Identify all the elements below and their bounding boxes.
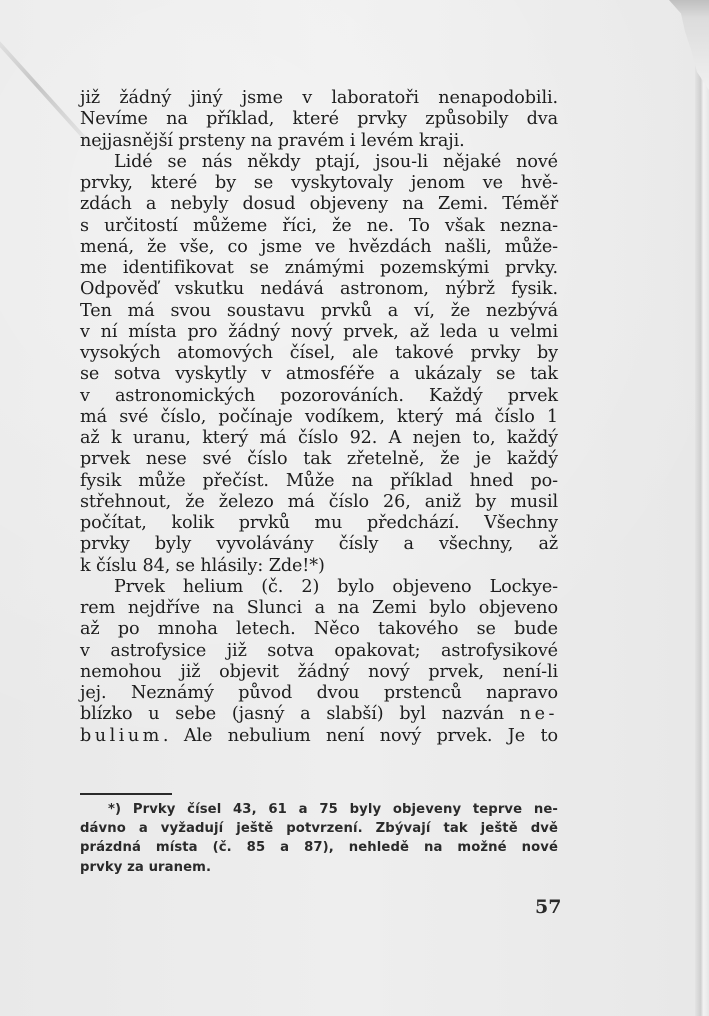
text-line: v astronomických pozorováních. Každý prv… bbox=[80, 386, 558, 407]
page-number: 57 bbox=[535, 896, 561, 918]
footnote-line: prázdná místa (č. 85 a 87), nehledě na m… bbox=[80, 838, 558, 857]
spaced-emphasis: ne- bbox=[520, 704, 558, 724]
text-line: me identifikovat se známými pozemskými p… bbox=[80, 258, 558, 279]
footnote: *) Prvky čísel 43, 61 a 75 byly objeveny… bbox=[80, 800, 558, 877]
text-line: Ten má svou soustavu prvků a ví, že nezb… bbox=[80, 301, 558, 322]
body-text: již žádný jiný jsme v laboratoři nenapod… bbox=[80, 88, 558, 747]
footnote-line: prvky za uranem. bbox=[80, 858, 558, 877]
text-line: mená, že vše, co jsme ve hvězdách našli,… bbox=[80, 237, 558, 258]
text-line: Nevíme na příklad, které prvky způsobily… bbox=[80, 109, 558, 130]
text-line: jej. Neznámý původ dvou prstenců napravo bbox=[80, 683, 558, 704]
text-fragment: blízko u sebe (jasný a slabší) byl nazvá… bbox=[80, 704, 520, 724]
footnote-separator bbox=[80, 793, 172, 795]
text-line: zdách a nebyly dosud objeveny na Zemi. T… bbox=[80, 194, 558, 215]
text-line: rem nejdříve na Slunci a na Zemi bylo ob… bbox=[80, 598, 558, 619]
text-line: prvek nese své číslo tak zřetelně, že je… bbox=[80, 449, 558, 470]
paragraph-start-line: Prvek helium (č. 2) bylo objeveno Lockye… bbox=[80, 577, 558, 598]
text-line: má své číslo, počínaje vodíkem, který má… bbox=[80, 407, 558, 428]
text-line: v ní místa pro žádný nový prvek, až leda… bbox=[80, 322, 558, 343]
text-line: s určitostí můžeme říci, že ne. To však … bbox=[80, 216, 558, 237]
text-line: k číslu 84, se hlásily: Zde!*) bbox=[80, 556, 558, 577]
text-line: nejjasnější prsteny na pravém i levém kr… bbox=[80, 131, 558, 152]
text-line: blízko u sebe (jasný a slabší) byl nazvá… bbox=[80, 704, 558, 725]
text-line: v astrofysice již sotva opakovat; astrof… bbox=[80, 641, 558, 662]
text-line: fysik může přečíst. Může na příklad hned… bbox=[80, 471, 558, 492]
text-line: až k uranu, který má číslo 92. A nejen t… bbox=[80, 428, 558, 449]
text-line: střehnout, že železo má číslo 26, aniž b… bbox=[80, 492, 558, 513]
paragraph-start-line: Lidé se nás někdy ptají, jsou-li nějaké … bbox=[80, 152, 558, 173]
text-line: nemohou již objevit žádný nový prvek, ne… bbox=[80, 662, 558, 683]
text-line: počítat, kolik prvků mu předchází. Všech… bbox=[80, 513, 558, 534]
text-line: prvky, které by se vyskytovaly jenom ve … bbox=[80, 173, 558, 194]
page-edge bbox=[695, 0, 709, 1016]
text-line: již žádný jiný jsme v laboratoři nenapod… bbox=[80, 88, 558, 109]
spaced-emphasis: bulium bbox=[80, 726, 163, 746]
text-line: se sotva vyskytly v atmosféře a ukázaly … bbox=[80, 364, 558, 385]
text-line: bulium. Ale nebulium není nový prvek. Je… bbox=[80, 726, 558, 747]
text-fragment: . Ale nebulium není nový prvek. Je to bbox=[163, 726, 558, 746]
text-line: Odpověď vskutku nedává astronom, nýbrž f… bbox=[80, 279, 558, 300]
text-line: vysokých atomových čísel, ale takové prv… bbox=[80, 343, 558, 364]
footnote-line: *) Prvky čísel 43, 61 a 75 byly objeveny… bbox=[80, 800, 558, 819]
text-line: až po mnoha letech. Něco takového se bud… bbox=[80, 619, 558, 640]
footnote-line: dávno a vyžadují ještě potvrzení. Zbývaj… bbox=[80, 819, 558, 838]
text-line: prvky byly vyvolávány čísly a všechny, a… bbox=[80, 534, 558, 555]
book-page: již žádný jiný jsme v laboratoři nenapod… bbox=[0, 0, 700, 1016]
